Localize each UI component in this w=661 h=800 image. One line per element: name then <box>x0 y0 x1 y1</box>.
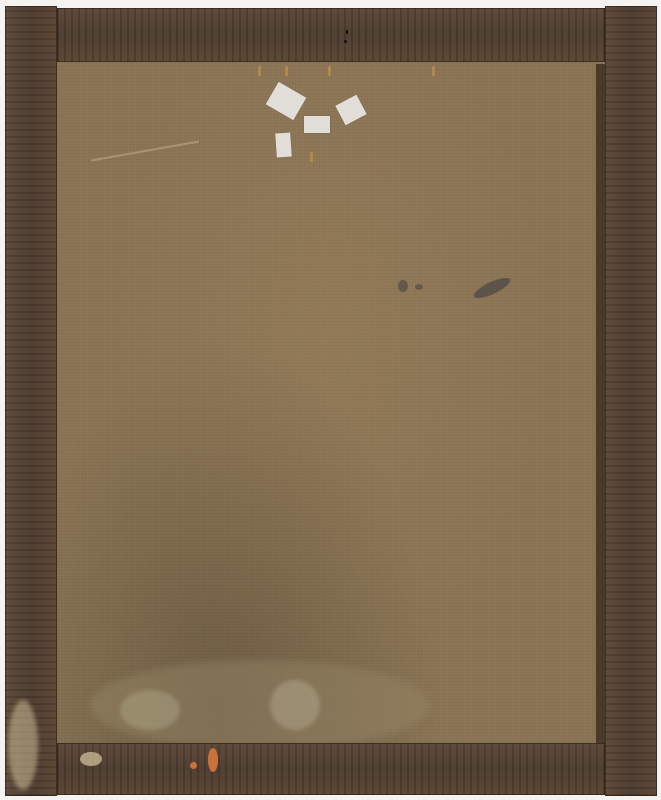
frame-left-stile <box>5 6 57 796</box>
canvas-edge-shadow <box>596 64 605 744</box>
nail-mark <box>344 40 347 43</box>
frame-bottom-rail <box>57 743 605 795</box>
water-stain <box>270 680 320 730</box>
framed-canvas-reverse-photo: Brown linen canvas reverse with dark woo… <box>0 0 661 800</box>
frame-right-stile <box>605 6 657 796</box>
tack <box>310 152 313 162</box>
tack <box>285 66 288 76</box>
paper-label <box>304 116 330 133</box>
paint-drip <box>80 752 102 766</box>
water-stain <box>120 690 180 730</box>
frame-top-rail <box>57 8 605 62</box>
orange-paint-spot <box>190 762 197 769</box>
tack <box>328 66 331 76</box>
tack <box>258 66 261 76</box>
paint-drip <box>8 700 38 790</box>
paper-label <box>275 133 292 158</box>
orange-paint-spot <box>208 748 218 772</box>
dark-stain <box>398 280 408 292</box>
canvas-reverse <box>55 60 607 745</box>
tack <box>432 66 435 76</box>
nail-mark <box>346 30 348 34</box>
image-description: Brown linen canvas reverse with dark woo… <box>0 0 1 1</box>
dark-stain <box>415 284 423 290</box>
